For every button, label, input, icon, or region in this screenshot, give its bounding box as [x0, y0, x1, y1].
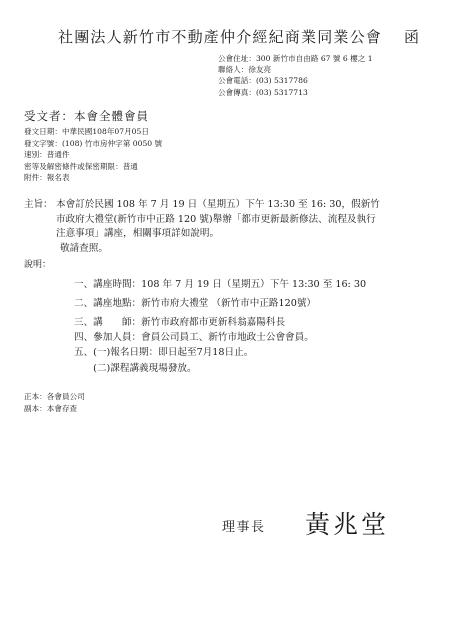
recipient: 受文者：本會全體會員: [24, 108, 149, 124]
subject-line: 注意事項」講座，相關事項詳如說明。: [56, 227, 452, 242]
signature-title: 理事長: [222, 516, 266, 535]
signature-name: 黃兆堂: [305, 505, 389, 541]
organization-name: 社團法人新竹市不動產仲介經紀商業同業公會: [58, 28, 382, 46]
explanation-item: 三、講 師：新竹市政府都市更新科翁嘉陽科長: [74, 314, 285, 328]
contact-block: 公會住址：300 新竹市自由路 67 號 6 樓之 1 聯絡人：徐友亮 公會電話…: [218, 53, 373, 98]
subject-line: 市政府大禮堂(新竹市中正路 120 號)舉辦「都市更新最新修法、流程及執行: [56, 213, 452, 228]
subject-line: 本會訂於民國 108 年 7 月 19 日（星期五）下午 13:30 至 16:…: [56, 198, 452, 213]
issue-number: 發文字號：(108) 竹市房仲字第 0050 號: [24, 138, 162, 150]
subject-regards: 敬請查照。: [56, 242, 452, 257]
explanation-label: 說明：: [24, 257, 51, 270]
contact-person: 聯絡人：徐友亮: [218, 64, 373, 75]
attachment: 附件：報名表: [24, 172, 162, 184]
original-recipient: 正本：各會員公司: [24, 391, 85, 403]
subject-label: 主旨：: [24, 198, 53, 213]
confidentiality: 密等及解密條件或保密期限：普通: [24, 161, 162, 173]
delivery-type: 速別：普通件: [24, 149, 162, 161]
issue-date: 發文日期：中華民國108年07月05日: [24, 126, 162, 138]
distribution-block: 正本：各會員公司 副本：本會存查: [24, 391, 85, 415]
subject-body: 本會訂於民國 108 年 7 月 19 日（星期五）下午 13:30 至 16:…: [56, 198, 452, 256]
explanation-item: 一、講座時間：108 年 7 月 19 日（星期五）下午 13:30 至 16:…: [74, 276, 366, 290]
document-meta: 發文日期：中華民國108年07月05日 發文字號：(108) 竹市房仲字第 00…: [24, 126, 162, 184]
explanation-item: 五、(一)報名日期：即日起至7月18日止。: [74, 344, 253, 358]
copy-recipient: 副本：本會存查: [24, 403, 85, 415]
contact-address: 公會住址：300 新竹市自由路 67 號 6 樓之 1: [218, 53, 373, 64]
letter-heading: 社團法人新竹市不動產仲介經紀商業同業公會函: [58, 26, 420, 47]
explanation-item: (二)課程講義現場發放。: [74, 360, 197, 374]
explanation-item: 二、講座地點：新竹市府大禮堂 （新竹市中正路120號）: [74, 295, 316, 309]
contact-phone: 公會電話：(03) 5317786: [218, 75, 373, 86]
contact-fax: 公會傳真：(03) 5317713: [218, 87, 373, 98]
document-type: 函: [404, 28, 420, 46]
explanation-item: 四、參加人員：會員公司員工、新竹市地政士公會會員。: [74, 329, 314, 343]
